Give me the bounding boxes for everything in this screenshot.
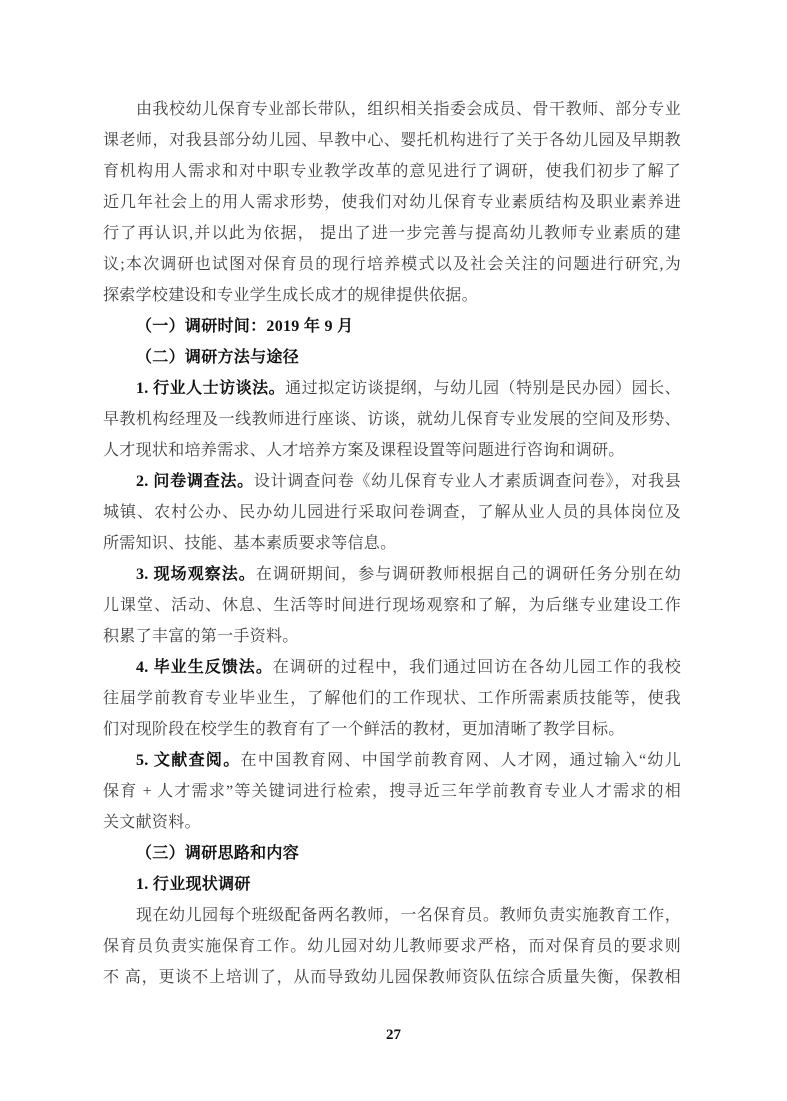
text-line-intro-paragraph: 行了再认识,并以此为依据， 提出了进一步完善与提高幼儿教师专业素质的建 bbox=[103, 218, 681, 249]
text-line-intro-paragraph: 由我校幼儿保育专业部长带队，组织相关指委会成员、骨干教师、部分专业 bbox=[103, 94, 681, 125]
text-line-industry-status-paragraph: 不 高，更谈不上培训了，从而导致幼儿园保教师资队伍综合质量失衡，保教相 bbox=[103, 962, 681, 993]
text-line-heading-survey-methods: （二）调研方法与途径 bbox=[103, 342, 681, 373]
text-line-intro-paragraph: 议;本次调研也试图对保育员的现行培养模式以及社会关注的问题进行研究,为 bbox=[103, 249, 681, 280]
text-line-intro-paragraph: 近几年社会上的用人需求形势，使我们对幼儿保育专业素质结构及职业素养进 bbox=[103, 187, 681, 218]
text-line-method-item-4-graduate-feedback: 们对现阶段在校学生的教育有了一个鲜活的教材，更加清晰了教学目标。 bbox=[103, 714, 681, 745]
text-line-heading-industry-status-survey: 1. 行业现状调研 bbox=[103, 869, 681, 900]
text-line-industry-status-paragraph: 现在幼儿园每个班级配备两名教师，一名保育员。教师负责实施教育工作， bbox=[103, 900, 681, 931]
text-line-method-item-3-observation: 儿课堂、活动、休息、生活等时间进行现场观察和了解，为后继专业建设工作 bbox=[103, 590, 681, 621]
text-line-method-item-5-literature: 关文献资料。 bbox=[103, 807, 681, 838]
page-number: 27 bbox=[386, 1027, 401, 1043]
text-line-method-item-1-interview: 1. 行业人士访谈法。通过拟定访谈提纲，与幼儿园（特别是民办园）园长、 bbox=[103, 373, 681, 404]
text-line-method-item-5-literature: 5. 文献查阅。在中国教育网、中国学前教育网、人才网，通过输入“幼儿 bbox=[103, 745, 681, 776]
text-line-intro-paragraph: 探索学校建设和专业学生成长成才的规律提供依据。 bbox=[103, 280, 681, 311]
text-line-heading-survey-ideas-content: （三）调研思路和内容 bbox=[103, 838, 681, 869]
text-line-method-item-1-interview: 人才现状和培养需求、人才培养方案及课程设置等问题进行咨询和调研。 bbox=[103, 435, 681, 466]
text-line-method-item-3-observation: 积累了丰富的第一手资料。 bbox=[103, 621, 681, 652]
text-line-intro-paragraph: 课老师，对我县部分幼儿园、早教中心、婴托机构进行了关于各幼儿园及早期教 bbox=[103, 125, 681, 156]
text-line-heading-survey-time: （一）调研时间：2019 年 9 月 bbox=[103, 311, 681, 342]
document-page: 由我校幼儿保育专业部长带队，组织相关指委会成员、骨干教师、部分专业课老师，对我县… bbox=[0, 0, 787, 1101]
text-line-method-item-2-questionnaire: 城镇、农村公办、民办幼儿园进行采取问卷调查，了解从业人员的具体岗位及 bbox=[103, 497, 681, 528]
page-footer: 27 bbox=[0, 1026, 787, 1044]
text-line-industry-status-paragraph: 保育员负责实施保育工作。幼儿园对幼儿教师要求严格，而对保育员的要求则 bbox=[103, 931, 681, 962]
text-line-method-item-5-literature: 保育 + 人才需求”等关键词进行检索，搜寻近三年学前教育专业人才需求的相 bbox=[103, 776, 681, 807]
text-line-method-item-1-interview: 早教机构经理及一线教师进行座谈、访谈，就幼儿保育专业发展的空间及形势、 bbox=[103, 404, 681, 435]
text-line-method-item-4-graduate-feedback: 往届学前教育专业毕业生，了解他们的工作现状、工作所需素质技能等，使我 bbox=[103, 683, 681, 714]
document-body: 由我校幼儿保育专业部长带队，组织相关指委会成员、骨干教师、部分专业课老师，对我县… bbox=[103, 94, 681, 993]
text-line-intro-paragraph: 育机构用人需求和对中职专业教学改革的意见进行了调研，使我们初步了解了 bbox=[103, 156, 681, 187]
text-line-method-item-2-questionnaire: 所需知识、技能、基本素质要求等信息。 bbox=[103, 528, 681, 559]
text-line-method-item-3-observation: 3. 现场观察法。在调研期间，参与调研教师根据自己的调研任务分别在幼 bbox=[103, 559, 681, 590]
text-line-method-item-2-questionnaire: 2. 问卷调查法。设计调查问卷《幼儿保育专业人才素质调查问卷》，对我县 bbox=[103, 466, 681, 497]
text-line-method-item-4-graduate-feedback: 4. 毕业生反馈法。在调研的过程中，我们通过回访在各幼儿园工作的我校 bbox=[103, 652, 681, 683]
